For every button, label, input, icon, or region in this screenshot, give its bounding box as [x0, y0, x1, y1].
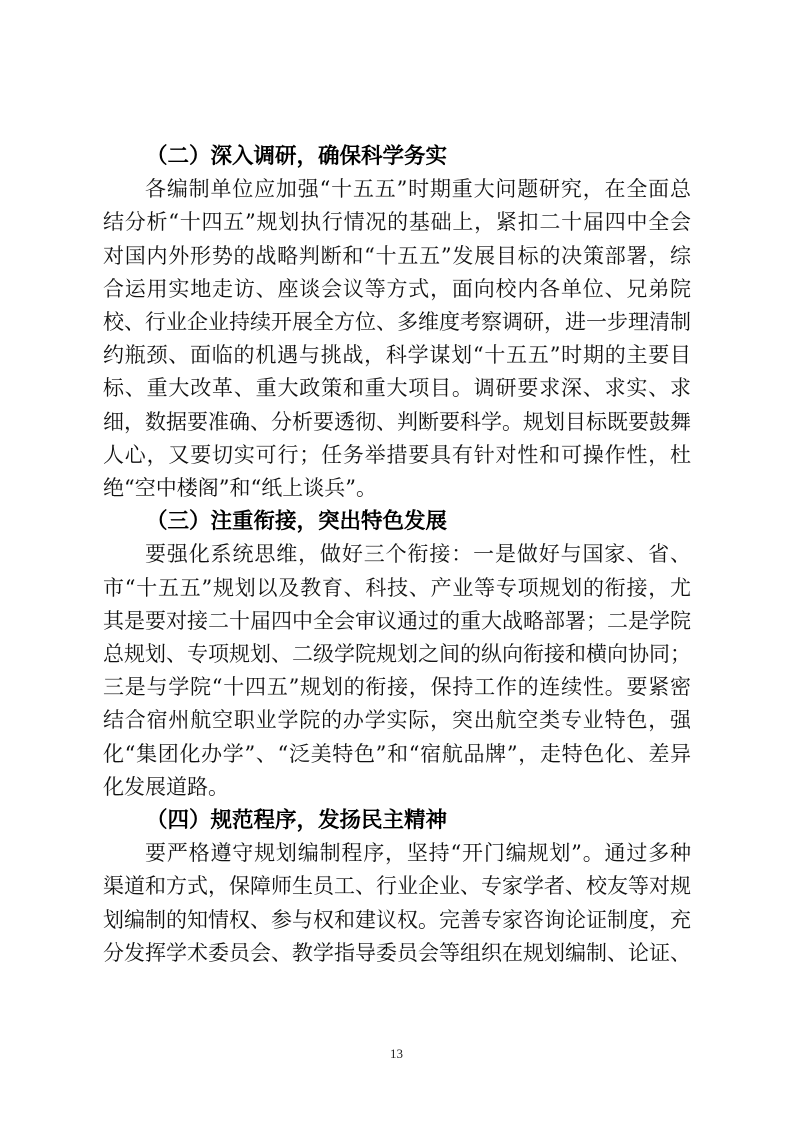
document-body: （二）深入调研，确保科学务实 各编制单位应加强“十五五”时期重大问题研究，在全面…	[103, 140, 691, 970]
page-number: 13	[390, 1046, 403, 1061]
page-footer: 13	[0, 1043, 793, 1062]
section-heading-4: （四）规范程序，发扬民主精神	[103, 804, 691, 837]
section-paragraph-3: 要强化系统思维，做好三个衔接：一是做好与国家、省、市“十五五”规划以及教育、科技…	[103, 538, 691, 804]
section-heading-3: （三）注重衔接，突出特色发展	[103, 505, 691, 538]
document-page: （二）深入调研，确保科学务实 各编制单位应加强“十五五”时期重大问题研究，在全面…	[0, 0, 793, 1122]
section-paragraph-4: 要严格遵守规划编制程序，坚持“开门编规划”。通过多种渠道和方式，保障师生员工、行…	[103, 837, 691, 970]
section-heading-2: （二）深入调研，确保科学务实	[103, 140, 691, 173]
section-paragraph-2: 各编制单位应加强“十五五”时期重大问题研究，在全面总结分析“十四五”规划执行情况…	[103, 173, 691, 505]
